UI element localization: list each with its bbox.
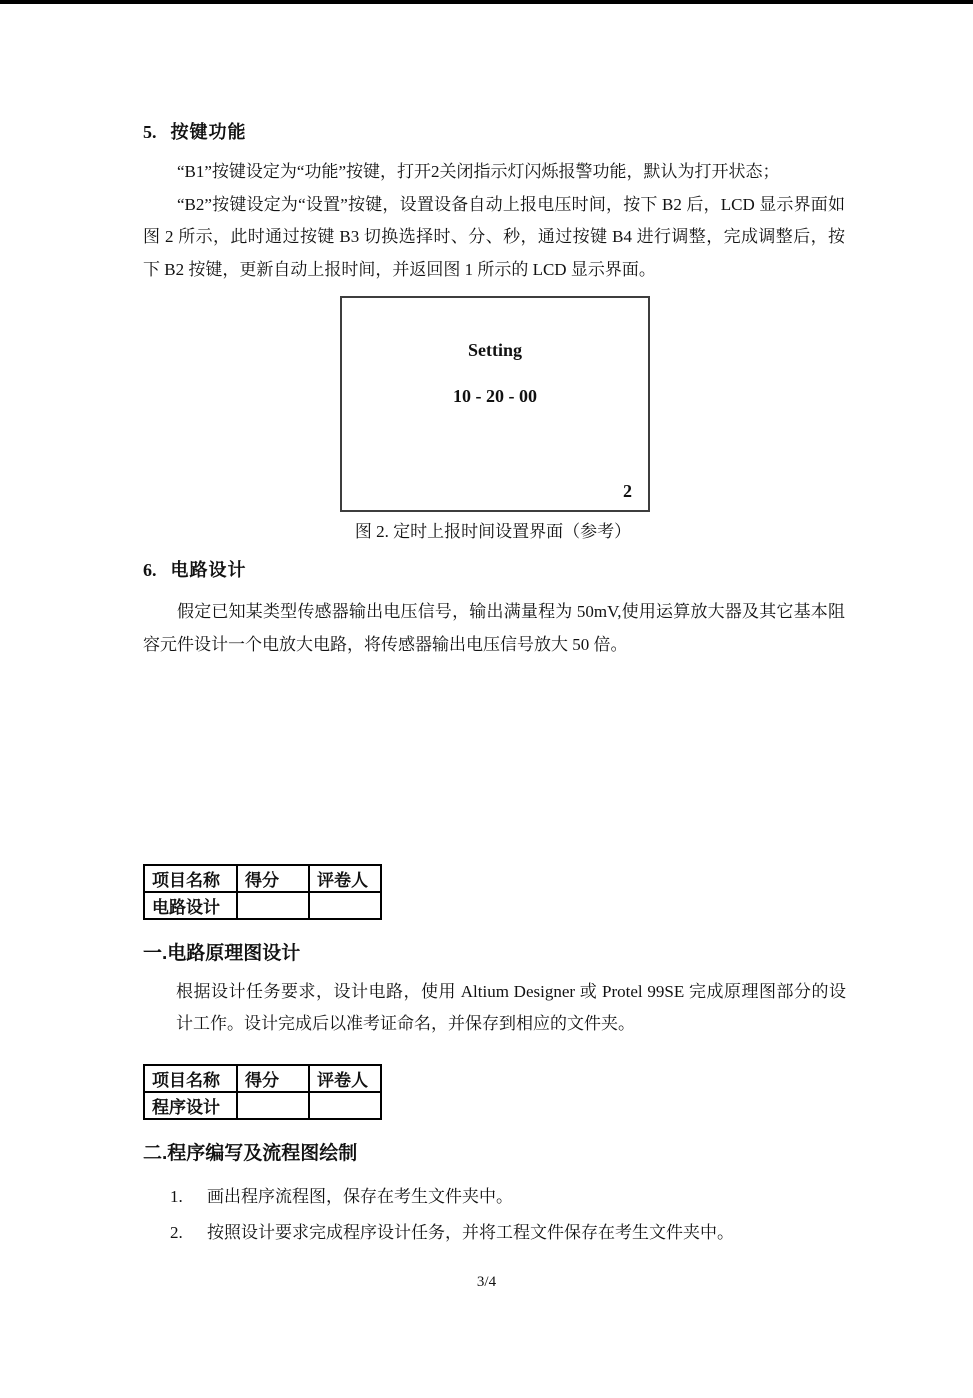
list-item-2-number: 2. <box>170 1223 207 1243</box>
section-5-title: 按键功能 <box>171 122 247 142</box>
lcd-screen-page-number: 2 <box>623 481 632 502</box>
table-cell-score-empty <box>237 892 309 919</box>
page-number: 3/4 <box>0 1274 973 1291</box>
section-5-body: “B1”按键设定为“功能”按键，打开2关闭指示灯闪烁报警功能，默认为打开状态； … <box>143 156 845 286</box>
table-cell-project: 电路设计 <box>144 892 237 919</box>
paragraph-b2: “B2”按键设定为“设置”按键，设置设备自动上报电压时间，按下 B2 后，LCD… <box>143 189 845 287</box>
section-6-body: 假定已知某类型传感器输出电压信号，输出满量程为 50mV,使用运算放大器及其它基… <box>143 596 845 661</box>
table-cell-grader-empty <box>309 892 381 919</box>
lcd-screen-title: Setting <box>342 340 648 361</box>
table-header-project-name: 项目名称 <box>144 1065 237 1092</box>
figure-2-caption: 图 2. 定时上报时间设置界面（参考） <box>240 517 746 542</box>
section-5-number: 5. <box>143 122 157 142</box>
list-item-1: 1.画出程序流程图，保存在考生文件夹中。 <box>170 1182 513 1207</box>
table-header-score: 得分 <box>237 865 309 892</box>
table-header-score: 得分 <box>237 1065 309 1092</box>
table-header-grader: 评卷人 <box>309 1065 381 1092</box>
table-header-project-name: 项目名称 <box>144 865 237 892</box>
table-row: 程序设计 <box>144 1092 381 1119</box>
paragraph-b1: “B1”按键设定为“功能”按键，打开2关闭指示灯闪烁报警功能，默认为打开状态； <box>143 156 845 189</box>
part-1-body: 根据设计任务要求，设计电路，使用 Altium Designer 或 Prote… <box>176 976 846 1041</box>
list-item-2-text: 按照设计要求完成程序设计任务，并将工程文件保存在考生文件夹中。 <box>207 1223 734 1242</box>
figure-lcd-screen: Setting 10 - 20 - 00 2 <box>340 296 650 512</box>
score-table-program: 项目名称 得分 评卷人 程序设计 <box>143 1064 382 1120</box>
table-cell-score-empty <box>237 1092 309 1119</box>
table-header-row: 项目名称 得分 评卷人 <box>144 1065 381 1092</box>
paragraph-circuit-design: 假定已知某类型传感器输出电压信号，输出满量程为 50mV,使用运算放大器及其它基… <box>143 596 845 661</box>
list-item-1-text: 画出程序流程图，保存在考生文件夹中。 <box>207 1187 513 1206</box>
section-6-heading: 6.电路设计 <box>143 556 247 582</box>
table-cell-grader-empty <box>309 1092 381 1119</box>
section-5-heading: 5.按键功能 <box>143 118 247 144</box>
document-page: 5.按键功能 “B1”按键设定为“功能”按键，打开2关闭指示灯闪烁报警功能，默认… <box>0 0 973 1398</box>
part-1-heading: 一.电路原理图设计 <box>143 938 300 965</box>
page-top-rule <box>0 0 973 4</box>
list-item-1-number: 1. <box>170 1187 207 1207</box>
list-item-2: 2.按照设计要求完成程序设计任务，并将工程文件保存在考生文件夹中。 <box>170 1218 734 1243</box>
part-2-heading: 二.程序编写及流程图绘制 <box>143 1138 357 1165</box>
lcd-screen-time: 10 - 20 - 00 <box>342 386 648 407</box>
section-6-number: 6. <box>143 560 157 580</box>
section-6-title: 电路设计 <box>171 560 247 580</box>
table-row: 电路设计 <box>144 892 381 919</box>
table-header-row: 项目名称 得分 评卷人 <box>144 865 381 892</box>
table-cell-project: 程序设计 <box>144 1092 237 1119</box>
score-table-circuit: 项目名称 得分 评卷人 电路设计 <box>143 864 382 920</box>
table-header-grader: 评卷人 <box>309 865 381 892</box>
